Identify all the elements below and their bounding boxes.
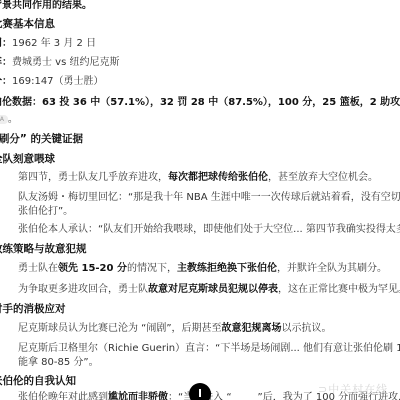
section-heading-self-perception: 张伯伦的自我认知 bbox=[0, 374, 76, 388]
bullet-coaching-2: 为争取更多进攻回合，勇士队故意对尼克斯球员犯规以停表，这在正常比赛中极为罕见。 bbox=[18, 283, 400, 297]
bullet-opponent-2-line2: 能拿 80-85 分”。 bbox=[18, 356, 99, 370]
intro-tail-text: 背景共同作用的结果。 bbox=[0, 0, 92, 13]
info-matchup: 阵：费城勇士 vs 纽约尼克斯 bbox=[0, 56, 120, 70]
bullet-feeding-2-line1: 队友汤姆・梅切里回忆：“那是我十年 NBA 生涯中唯一一次传球后就站着看，没有空… bbox=[18, 191, 400, 205]
bullet-opponent-2-line1: 尼克斯后卫格里尔（Richie Guerin）直言：“下半场是场闹剧... 他们… bbox=[18, 342, 400, 356]
info-stats-citation: 3A。 bbox=[0, 113, 18, 127]
cursor-overlay-icon bbox=[189, 383, 211, 400]
evidence-heading: “刷分” 的关键证据 bbox=[0, 132, 83, 146]
watermark-logo: ⊃中关村在线 bbox=[318, 381, 388, 397]
section-heading-opponent: 对手的消极应对 bbox=[0, 302, 66, 316]
bullet-feeding-2-line2: 张伯伦打”。 bbox=[18, 205, 73, 219]
bullet-feeding-3: 张伯伦本人承认：“队友们开始给我喂球，即使他们处于大空位... 第四节我确实投得… bbox=[18, 223, 400, 237]
bullet-opponent-1: 尼克斯球员认为比赛已沦为 “闹剧”，后期甚至故意犯规离场以示抗议。 bbox=[18, 322, 332, 336]
watermark-icon: ⊃ bbox=[318, 383, 328, 396]
section-heading-coaching: 教练策略与故意犯规 bbox=[0, 242, 87, 256]
bullet-coaching-1: 勇士队在领先 15-20 分的情况下，主教练拒绝换下张伯伦，并默许全队为其刷分。 bbox=[18, 262, 387, 276]
info-time: 间：1962 年 3 月 2 日 bbox=[0, 37, 96, 51]
bullet-feeding-1: 第四节，勇士队友几乎放弃进攻，每次都把球传给张伯伦，甚至放弃大空位机会。 bbox=[18, 171, 378, 185]
info-score: 分：169:147（勇士胜） bbox=[0, 75, 104, 89]
info-stats: 伯伦数据：63 投 36 中（57.1%），32 罚 28 中（87.5%），1… bbox=[0, 96, 400, 110]
text-cursor-icon bbox=[199, 389, 201, 397]
section-heading-feeding: 全队刻意喂球 bbox=[0, 152, 55, 166]
section-heading-basic-info: 比赛基本信息 bbox=[0, 17, 55, 31]
citation-badge[interactable]: 3A bbox=[0, 115, 8, 124]
